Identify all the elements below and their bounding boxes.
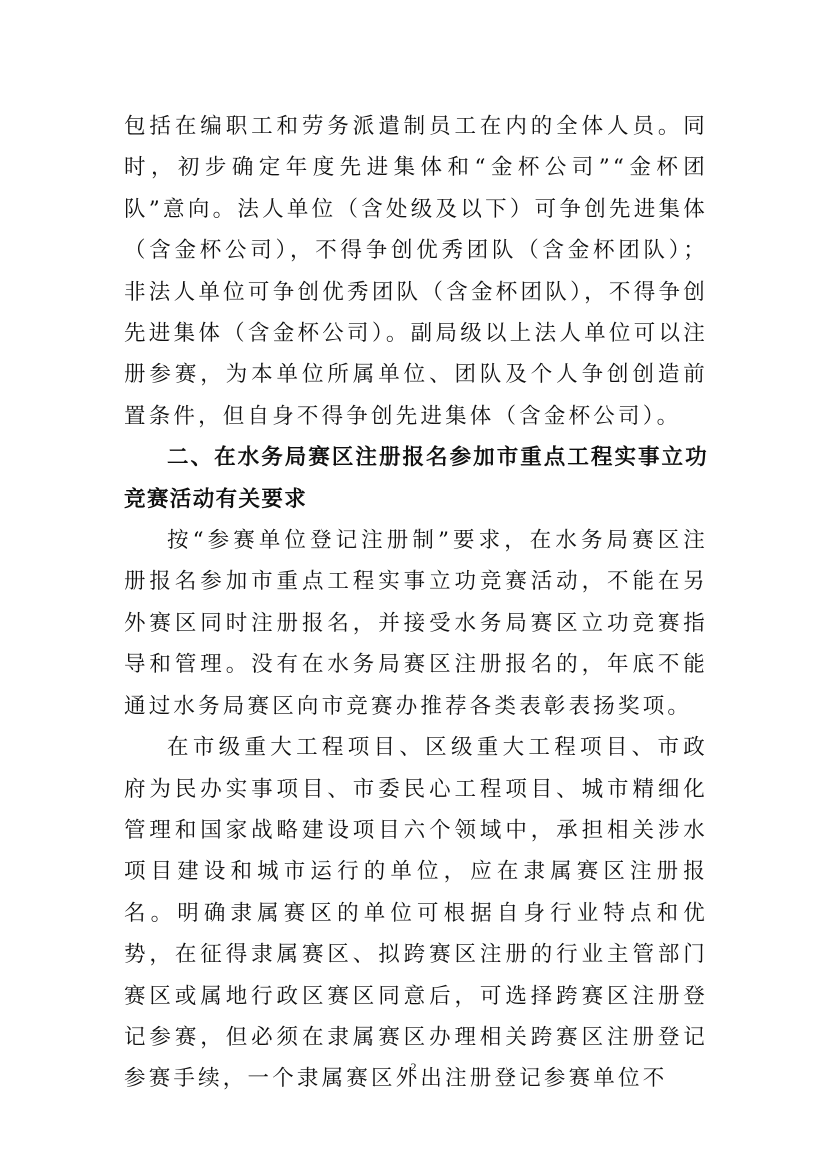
paragraph-registration-rule: 按“参赛单位登记注册制”要求，在水务局赛区注册报名参加市重点工程实事立功竞赛活动… — [124, 520, 708, 727]
paragraph-continuation: 包括在编职工和劳务派遣制员工在内的全体人员。同时，初步确定年度先进集体和“金杯公… — [124, 106, 708, 437]
section-heading: 二、在水务局赛区注册报名参加市重点工程实事立功竞赛活动有关要求 — [124, 437, 708, 520]
document-body: 包括在编职工和劳务派遣制员工在内的全体人员。同时，初步确定年度先进集体和“金杯公… — [124, 106, 708, 1100]
paragraph-registration-scope: 在市级重大工程项目、区级重大工程项目、市政府为民办实事项目、市委民心工程项目、城… — [124, 727, 708, 1100]
document-page: 包括在编职工和劳务派遣制员工在内的全体人员。同时，初步确定年度先进集体和“金杯公… — [0, 0, 827, 1170]
page-number: 2 — [0, 1060, 827, 1075]
